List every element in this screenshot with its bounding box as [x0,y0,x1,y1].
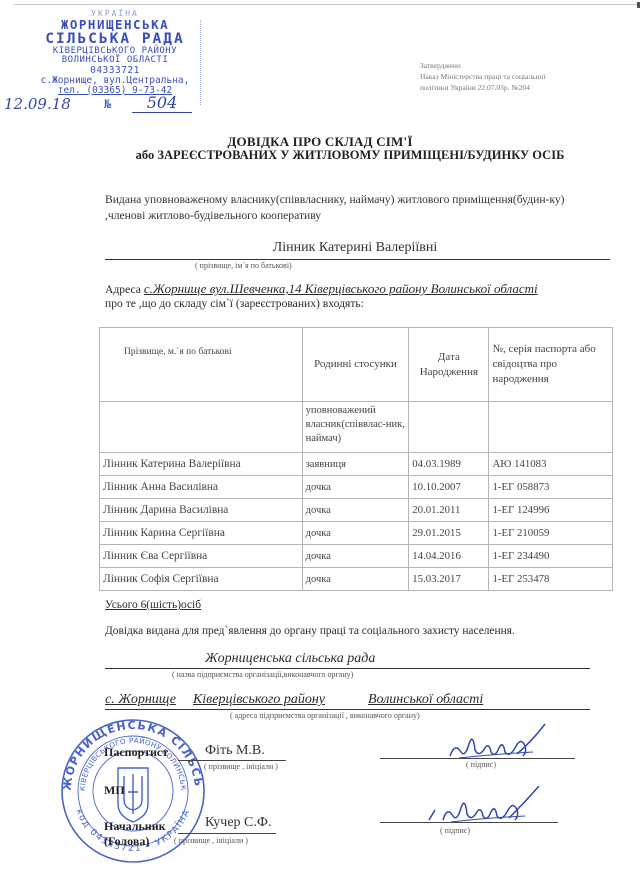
cell-relation: дочка [302,499,409,522]
family-members-table: Прізвище, м.`я по батькові Родинні стосу… [99,327,613,591]
organization-address-line: с. Жорнище Ківерцівського району Волинсь… [105,692,590,710]
subheader-cell [409,402,489,453]
approval-note: Затверджено Наказ Міністерства праці та … [420,60,545,93]
cell-relation: дочка [302,522,409,545]
recipient-underline [105,259,610,260]
seal-place-label: МП [104,783,125,798]
approval-line3: політики України 22.07.03р. №204 [420,82,545,93]
table-row: Лінник Анна Василівнадочка10.10.20071-ЕГ… [100,476,613,499]
signature-2-line [380,822,558,823]
address-line: Адреса с.Жорнище вул.Шевченка,14 Ківерці… [105,281,538,297]
header-document-number: №, серія паспорта або свідоцтва про наро… [489,328,613,402]
table-row: Лінник Карина Сергіївнадочка29.01.20151-… [100,522,613,545]
signature-1-line [380,758,575,759]
cell-document-number: 1-ЕГ 253478 [489,568,613,591]
passport-officer-name: Фіть М.В. [205,743,265,759]
subheader-cell [100,402,303,453]
issued-to-text: Видана уповноваженому власнику(співвласн… [105,192,607,224]
cell-birth-date: 15.03.2017 [409,568,489,591]
organization-hint: ( назва підприємства організації,виконав… [172,670,353,679]
head-label: Начальник [104,819,166,834]
head-line [178,833,276,834]
recipient-name: Лінник Катерині Валеріївні [105,240,605,256]
cell-document-number: 1-ЕГ 210059 [489,522,613,545]
handwritten-date: 12.09.18 [4,95,71,113]
members-intro: про те ,що до складу сім`ї (зареєстрован… [105,297,364,310]
table-row: Лінник Дарина Василівнадочка20.01.20111-… [100,499,613,522]
registration-stamp: УКРАЇНА ЖОРНИЩЕНСЬКА СІЛЬСЬКА РАДА КІВЕР… [22,10,208,96]
table-subheader-row: уповноважений власник(співвлас-ник, найм… [100,402,613,453]
address-value: с.Жорнище вул.Шевченка,14 Ківерцівського… [144,281,538,296]
organization-name-line: Жорниценська сільська рада [105,651,590,669]
cell-relation: дочка [302,545,409,568]
cell-name: Лінник Карина Сергіївна [100,522,303,545]
cell-birth-date: 20.01.2011 [409,499,489,522]
organization-address-hint: ( адреса підприємства організації , вико… [230,711,420,720]
cell-document-number: АЮ 141083 [489,453,613,476]
address-label: Адреса [105,283,141,296]
subheader-cell [489,402,613,453]
recipient-hint: ( прізвище, ім`я по батькові) [195,261,292,270]
cell-birth-date: 10.10.2007 [409,476,489,499]
cell-name: Лінник Єва Сергіївна [100,545,303,568]
org-village: с. Жорнище [105,692,176,708]
org-region: Волинської області [368,692,483,708]
purpose-text: Довідка видана для пред`явлення до орган… [105,625,515,637]
head-label-alt: (Голова) [104,834,149,849]
approval-line2: Наказ Міністерства праці та соціальної [420,71,545,82]
stamp-org-line2: СІЛЬСЬКА РАДА [22,32,208,47]
cell-birth-date: 14.04.2016 [409,545,489,568]
table-header-row: Прізвище, м.`я по батькові Родинні стосу… [100,328,613,402]
cell-relation: дочка [302,476,409,499]
header-name: Прізвище, м.`я по батькові [100,328,303,402]
passport-officer-hint: ( прізвище , ініціали ) [204,762,278,771]
header-birth-date: Дата Народження [409,328,489,402]
head-name-hint: ( прізвище , ініціали ) [174,836,248,845]
header-relation: Родинні стосунки [302,328,409,402]
handwritten-number: 504 [132,93,192,113]
cell-relation: заявниця [302,453,409,476]
cell-birth-date: 29.01.2015 [409,522,489,545]
cell-birth-date: 04.03.1989 [409,453,489,476]
signature-1-hint: ( підпис) [466,760,496,769]
stamp-border [200,20,202,105]
cell-relation: дочка [302,568,409,591]
cell-name: Лінник Софія Сергіївна [100,568,303,591]
cell-name: Лінник Катерина Валеріївна [100,453,303,476]
cell-document-number: 1-ЕГ 058873 [489,476,613,499]
signature-2-hint: ( підпис) [440,826,470,835]
table-row: Лінник Катерина Валеріївназаявниця04.03.… [100,453,613,476]
cell-document-number: 1-ЕГ 124996 [489,499,613,522]
passport-officer-label: Паспортист [104,745,168,760]
subheader-cell: уповноважений власник(співвлас-ник, найм… [302,402,409,453]
document-subtitle: або ЗАРЕЄСТРОВАНИХ У ЖИТЛОВОМУ ПРИМІЩЕНІ… [0,148,640,163]
cell-document-number: 1-ЕГ 234490 [489,545,613,568]
scan-top-edge [14,4,638,5]
stamp-org-line1: ЖОРНИЩЕНСЬКА [22,18,208,31]
passport-officer-line [178,760,286,761]
table-row: Лінник Єва Сергіївнадочка14.04.20161-ЕГ … [100,545,613,568]
head-name: Кучер С.Ф. [205,815,271,831]
total-persons: Усього 6(шість)осіб [105,599,201,611]
cell-name: Лінник Дарина Василівна [100,499,303,522]
number-label: № [104,97,111,111]
cell-name: Лінник Анна Василівна [100,476,303,499]
approval-line1: Затверджено [420,60,545,71]
org-district: Ківерцівського району [193,692,325,708]
organization-name: Жорниценська сільська рада [205,651,375,667]
table-row: Лінник Софія Сергіївнадочка15.03.20171-Е… [100,568,613,591]
